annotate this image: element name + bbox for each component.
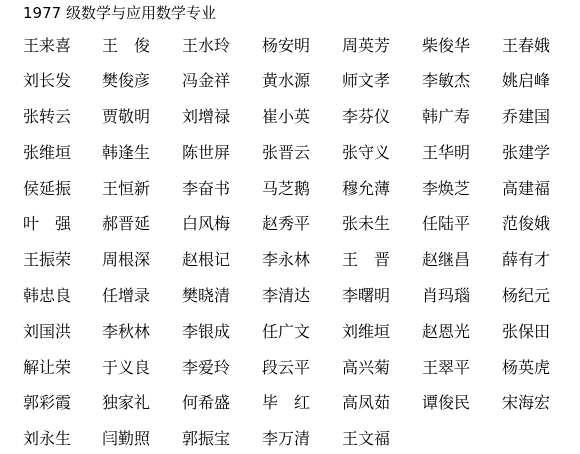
student-name: 赵根记 <box>182 248 230 272</box>
student-name: 郭彩霞 <box>23 391 71 415</box>
student-name: 郝晋延 <box>102 212 150 236</box>
student-name: 王春娥 <box>502 34 550 58</box>
student-name: 赵继昌 <box>422 248 470 272</box>
student-name: 刘长发 <box>23 69 71 93</box>
student-name: 高兴菊 <box>342 356 390 380</box>
student-name: 王 晋 <box>342 248 390 272</box>
student-name: 张守义 <box>342 141 390 165</box>
student-name: 任陆平 <box>422 212 470 236</box>
student-name: 张维垣 <box>23 141 71 165</box>
student-name: 王 俊 <box>102 34 150 58</box>
student-name: 师文孝 <box>342 69 390 93</box>
student-name: 韩逢生 <box>102 141 150 165</box>
student-name: 樊晓清 <box>182 284 230 308</box>
student-name: 刘增禄 <box>182 105 230 129</box>
student-name: 于义良 <box>102 356 150 380</box>
student-name: 刘永生 <box>23 427 71 451</box>
student-name: 侯延振 <box>23 177 71 201</box>
student-name: 崔小英 <box>262 105 310 129</box>
student-name: 黄水源 <box>262 69 310 93</box>
student-name: 王水玲 <box>182 34 230 58</box>
student-name: 王翠平 <box>422 356 470 380</box>
student-name: 刘维垣 <box>342 320 390 344</box>
student-name: 杨安明 <box>262 34 310 58</box>
student-name: 王来喜 <box>23 34 71 58</box>
student-name: 陈世屏 <box>182 141 230 165</box>
student-name: 任增录 <box>102 284 150 308</box>
student-name: 高建福 <box>502 177 550 201</box>
student-name: 杨纪元 <box>502 284 550 308</box>
student-name: 李秋林 <box>102 320 150 344</box>
student-name: 高凤茹 <box>342 391 390 415</box>
student-name: 李奋书 <box>182 177 230 201</box>
student-name: 王文福 <box>342 427 390 451</box>
student-name: 赵恩光 <box>422 320 470 344</box>
student-name: 范俊娥 <box>502 212 550 236</box>
student-name: 乔建国 <box>502 105 550 129</box>
student-name: 解让荣 <box>23 356 71 380</box>
student-name: 李永林 <box>262 248 310 272</box>
student-name: 李敏杰 <box>422 69 470 93</box>
student-name: 李焕芝 <box>422 177 470 201</box>
student-name: 樊俊彦 <box>102 69 150 93</box>
student-name: 王振荣 <box>23 248 71 272</box>
student-name: 宋海宏 <box>502 391 550 415</box>
student-name: 冯金祥 <box>182 69 230 93</box>
student-name: 张保田 <box>502 320 550 344</box>
student-name: 张转云 <box>23 105 71 129</box>
student-name: 李曙明 <box>342 284 390 308</box>
student-name: 肖玛瑙 <box>422 284 470 308</box>
student-name: 张未生 <box>342 212 390 236</box>
student-name: 李清达 <box>262 284 310 308</box>
student-name: 任广文 <box>262 320 310 344</box>
page-title: 1977 级数学与应用数学专业 <box>23 3 216 23</box>
student-name: 薛有才 <box>502 248 550 272</box>
student-name: 李芬仪 <box>342 105 390 129</box>
student-name: 刘国洪 <box>23 320 71 344</box>
student-name: 穆允薄 <box>342 177 390 201</box>
student-name: 周英芳 <box>342 34 390 58</box>
student-name: 李爱玲 <box>182 356 230 380</box>
student-name: 何希盛 <box>182 391 230 415</box>
student-name: 李万清 <box>262 427 310 451</box>
student-name: 谭俊民 <box>422 391 470 415</box>
student-name: 杨英虎 <box>502 356 550 380</box>
student-name: 张建学 <box>502 141 550 165</box>
student-name: 赵秀平 <box>262 212 310 236</box>
student-name: 叶 强 <box>23 212 71 236</box>
student-name: 马芝鹅 <box>262 177 310 201</box>
student-name: 独家礼 <box>102 391 150 415</box>
student-name: 柴俊华 <box>422 34 470 58</box>
student-name: 王恒新 <box>102 177 150 201</box>
student-name: 贾敬明 <box>102 105 150 129</box>
student-name: 段云平 <box>262 356 310 380</box>
student-name: 王华明 <box>422 141 470 165</box>
student-name: 白风梅 <box>182 212 230 236</box>
student-name: 毕 红 <box>262 391 310 415</box>
student-name: 李银成 <box>182 320 230 344</box>
student-name: 郭振宝 <box>182 427 230 451</box>
student-name: 姚启峰 <box>502 69 550 93</box>
student-name: 周根深 <box>102 248 150 272</box>
student-name: 张晋云 <box>262 141 310 165</box>
student-name: 闫勤照 <box>102 427 150 451</box>
student-name: 韩广寿 <box>422 105 470 129</box>
student-name: 韩忠良 <box>23 284 71 308</box>
